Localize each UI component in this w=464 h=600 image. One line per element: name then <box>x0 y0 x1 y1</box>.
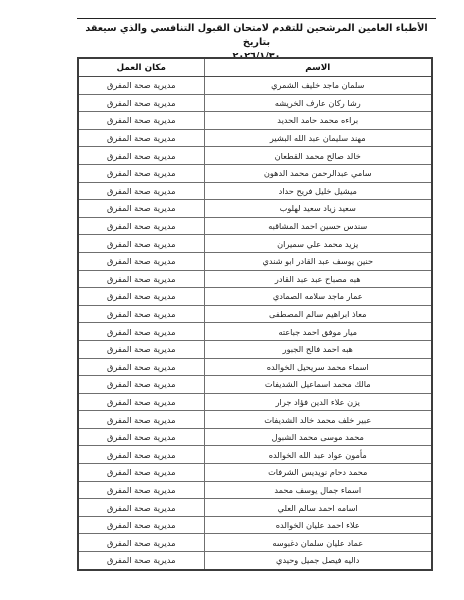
candidate-name: سامي عبدالرحمن محمد الدهون <box>204 164 432 182</box>
table-row: اسماء محمد سريحيل الخوالدهمديرية صحة الم… <box>78 358 432 376</box>
table-row: محمد موسى محمد الشبولمديرية صحة المفرق <box>78 428 432 446</box>
table-row: مالك محمد اسماعيل الشديفاتمديرية صحة الم… <box>78 376 432 394</box>
candidate-name: ميار موفق احمد جباعته <box>204 323 432 341</box>
table-row: علاء احمد عليان الخوالدهمديرية صحة المفر… <box>78 516 432 534</box>
workplace-value: مديرية صحة المفرق <box>78 182 204 200</box>
table-row: سعيد زياد سعيد لهلوبمديرية صحة المفرق <box>78 200 432 218</box>
workplace-value: مديرية صحة المفرق <box>78 516 204 534</box>
workplace-value: مديرية صحة المفرق <box>78 428 204 446</box>
table-row: عبير خلف محمد خالد الشديفاتمديرية صحة ال… <box>78 411 432 429</box>
candidates-table: الاسم مكان العمل سلمان ماجد خليف الشمريم… <box>77 57 433 571</box>
workplace-value: مديرية صحة المفرق <box>78 446 204 464</box>
table-header-row: الاسم مكان العمل <box>78 58 432 77</box>
workplace-value: مديرية صحة المفرق <box>78 94 204 112</box>
candidate-name: عماد عليان سلمان دغبوسه <box>204 534 432 552</box>
candidate-name: داليه فيصل جميل وحيدي <box>204 552 432 570</box>
table-header: الاسم مكان العمل <box>78 58 432 77</box>
workplace-value: مديرية صحة المفرق <box>78 112 204 130</box>
workplace-value: مديرية صحة المفرق <box>78 235 204 253</box>
workplace-value: مديرية صحة المفرق <box>78 164 204 182</box>
candidate-name: يزيد محمد علي سميران <box>204 235 432 253</box>
candidate-name: براءه محمد حامد الحديد <box>204 112 432 130</box>
table-row: خالد صالح محمد القطعانمديرية صحة المفرق <box>78 147 432 165</box>
table-row: ميار موفق احمد جباعتهمديرية صحة المفرق <box>78 323 432 341</box>
candidate-name: هبه مصباح عبد عبد القادر <box>204 270 432 288</box>
table-row: هبه مصباح عبد عبد القادرمديرية صحة المفر… <box>78 270 432 288</box>
workplace-value: مديرية صحة المفرق <box>78 376 204 394</box>
table-row: سلمان ماجد خليف الشمريمديرية صحة المفرق <box>78 77 432 95</box>
table-row: محمد دحام نويديس الشرفاتمديرية صحة المفر… <box>78 464 432 482</box>
candidate-name: معاذ ابراهيم سالم المصطفى <box>204 305 432 323</box>
candidate-name: سندس حسين احمد المشاقبه <box>204 217 432 235</box>
workplace-value: مديرية صحة المفرق <box>78 288 204 306</box>
name-column-header: الاسم <box>204 58 432 77</box>
candidate-name: اسماء جمال يوسف محمد <box>204 481 432 499</box>
workplace-value: مديرية صحة المفرق <box>78 481 204 499</box>
candidate-name: علاء احمد عليان الخوالده <box>204 516 432 534</box>
workplace-value: مديرية صحة المفرق <box>78 499 204 517</box>
workplace-value: مديرية صحة المفرق <box>78 552 204 570</box>
table-row: ميشيل خليل فريح حدادمديرية صحة المفرق <box>78 182 432 200</box>
candidate-name: محمد دحام نويديس الشرفات <box>204 464 432 482</box>
candidate-name: سلمان ماجد خليف الشمري <box>204 77 432 95</box>
candidate-name: اسماء محمد سريحيل الخوالده <box>204 358 432 376</box>
workplace-value: مديرية صحة المفرق <box>78 129 204 147</box>
candidate-name: عمار ماجد سلامه الصمادي <box>204 288 432 306</box>
candidate-name: رشا ركان عارف الخريشه <box>204 94 432 112</box>
table-body: سلمان ماجد خليف الشمريمديرية صحة المفرقر… <box>78 77 432 570</box>
table-row: اسامه احمد سالم العليمديرية صحة المفرق <box>78 499 432 517</box>
workplace-value: مديرية صحة المفرق <box>78 270 204 288</box>
candidate-name: مهند سليمان عبد الله البشير <box>204 129 432 147</box>
table-row: يزيد محمد علي سميرانمديرية صحة المفرق <box>78 235 432 253</box>
table-row: اسماء جمال يوسف محمدمديرية صحة المفرق <box>78 481 432 499</box>
candidate-name: عبير خلف محمد خالد الشديفات <box>204 411 432 429</box>
candidate-name: اسامه احمد سالم العلي <box>204 499 432 517</box>
candidate-name: محمد موسى محمد الشبول <box>204 428 432 446</box>
workplace-value: مديرية صحة المفرق <box>78 464 204 482</box>
table-row: يزن علاء الدين فؤاد جرارمديرية صحة المفر… <box>78 393 432 411</box>
header-rule <box>77 18 436 19</box>
workplace-value: مديرية صحة المفرق <box>78 252 204 270</box>
candidate-name: مالك محمد اسماعيل الشديفات <box>204 376 432 394</box>
workplace-value: مديرية صحة المفرق <box>78 200 204 218</box>
candidate-name: مأمون عواد عبد الله الخوالده <box>204 446 432 464</box>
table-row: مهند سليمان عبد الله البشيرمديرية صحة ال… <box>78 129 432 147</box>
workplace-value: مديرية صحة المفرق <box>78 147 204 165</box>
table-row: سندس حسين احمد المشاقبهمديرية صحة المفرق <box>78 217 432 235</box>
workplace-value: مديرية صحة المفرق <box>78 534 204 552</box>
table-row: حنين يوسف عبد القادر ابو شنديمديرية صحة … <box>78 252 432 270</box>
table-row: عماد عليان سلمان دغبوسهمديرية صحة المفرق <box>78 534 432 552</box>
table-row: رشا ركان عارف الخريشهمديرية صحة المفرق <box>78 94 432 112</box>
candidate-name: حنين يوسف عبد القادر ابو شندي <box>204 252 432 270</box>
workplace-value: مديرية صحة المفرق <box>78 340 204 358</box>
table-row: مأمون عواد عبد الله الخوالدهمديرية صحة ا… <box>78 446 432 464</box>
workplace-value: مديرية صحة المفرق <box>78 393 204 411</box>
candidate-name: ميشيل خليل فريح حداد <box>204 182 432 200</box>
candidate-name: هبه احمد فالح الجبور <box>204 340 432 358</box>
candidate-name: سعيد زياد سعيد لهلوب <box>204 200 432 218</box>
candidate-name: خالد صالح محمد القطعان <box>204 147 432 165</box>
workplace-value: مديرية صحة المفرق <box>78 217 204 235</box>
workplace-value: مديرية صحة المفرق <box>78 411 204 429</box>
table-row: سامي عبدالرحمن محمد الدهونمديرية صحة الم… <box>78 164 432 182</box>
workplace-value: مديرية صحة المفرق <box>78 323 204 341</box>
title-text: الأطباء العامين المرشحين للتقدم لامتحان … <box>85 23 427 48</box>
table-row: داليه فيصل جميل وحيديمديرية صحة المفرق <box>78 552 432 570</box>
table-row: هبه احمد فالح الجبورمديرية صحة المفرق <box>78 340 432 358</box>
workplace-value: مديرية صحة المفرق <box>78 358 204 376</box>
workplace-value: مديرية صحة المفرق <box>78 77 204 95</box>
workplace-column-header: مكان العمل <box>78 58 204 77</box>
workplace-value: مديرية صحة المفرق <box>78 305 204 323</box>
table-row: عمار ماجد سلامه الصماديمديرية صحة المفرق <box>78 288 432 306</box>
table-row: براءه محمد حامد الحديدمديرية صحة المفرق <box>78 112 432 130</box>
candidate-name: يزن علاء الدين فؤاد جرار <box>204 393 432 411</box>
table-row: معاذ ابراهيم سالم المصطفىمديرية صحة المف… <box>78 305 432 323</box>
document-page: الأطباء العامين المرشحين للتقدم لامتحان … <box>0 0 464 600</box>
